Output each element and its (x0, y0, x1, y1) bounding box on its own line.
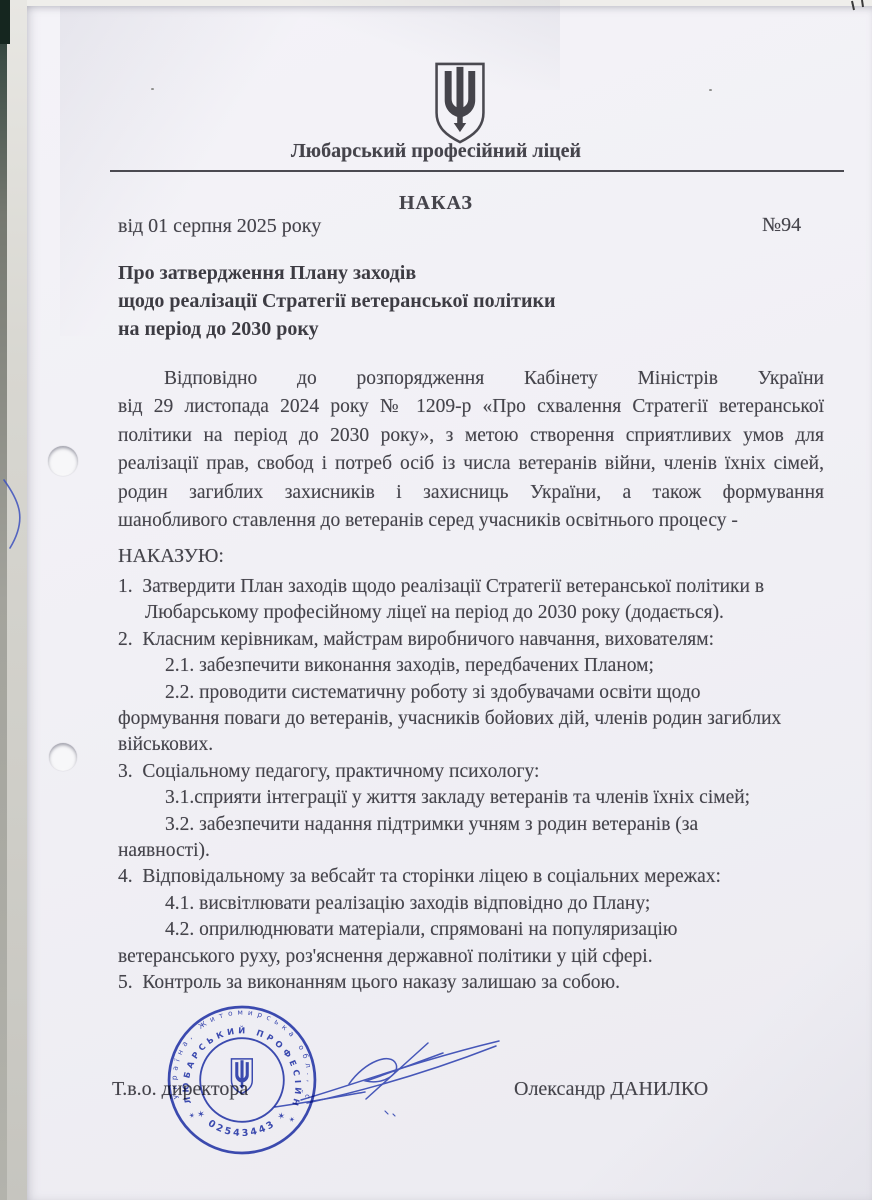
pre-line: родин загиблих захисників і захисниць Ук… (118, 479, 824, 507)
ol-line: 4. Відповідальному за вебсайт та сторінк… (118, 864, 824, 890)
scan-dark-top-left-corner (0, 0, 10, 44)
ol-line: 2.2. проводити систематичну роботу зі зд… (118, 680, 824, 706)
ol-line: 3.1.сприяти інтеграції у життя закладу в… (118, 785, 824, 811)
subject-block: Про затвердження Плану заходівщодо реалі… (118, 259, 824, 343)
document-number: №94 (762, 214, 801, 237)
hole-punch-top (48, 446, 78, 476)
ukraine-trident-emblem (433, 62, 487, 146)
school-name: Любарський професійний ліцей (0, 140, 872, 163)
hole-punch-bottom (49, 743, 77, 771)
scan-dark-left-edge (0, 0, 7, 1200)
scan-speck (151, 88, 154, 90)
pre-line: політики на період до 2030 року», з мето… (118, 422, 824, 450)
ol-line: формування поваги до ветеранів, учасникі… (118, 706, 824, 732)
ol-line: 3.2. забезпечити надання підтримки учням… (118, 812, 824, 838)
ol-line: 5. Контроль за виконанням цього наказу з… (118, 970, 824, 996)
pre-line: Відповідно до розпорядження Кабінету Мін… (118, 365, 824, 393)
ol-line: 2.1. забезпечити виконання заходів, пере… (118, 653, 824, 679)
subject-line: щодо реалізації Стратегії ветеранської п… (118, 287, 824, 315)
signer-name: Олександр ДАНИЛКО (514, 1078, 708, 1101)
subject-line: на період до 2030 року (118, 315, 824, 343)
subject-line: Про затвердження Плану заходів (118, 259, 824, 287)
pen-mark (0, 470, 42, 562)
ol-line: наявності). (118, 838, 824, 864)
ol-line: Любарському професійному ліцеї на період… (118, 600, 824, 626)
ol-line: 1. Затвердити План заходів щодо реалізац… (118, 574, 824, 600)
scan-speck (709, 89, 712, 91)
order-heading: НАКАЗУЮ: (118, 545, 224, 568)
pre-line: шанобливого ставлення до ветеранів серед… (118, 507, 824, 535)
ol-line: військових. (118, 732, 824, 758)
scan-corner-marks (848, 0, 872, 18)
stamp-star-left: ✶ (187, 1110, 198, 1121)
document-date: від 01 серпня 2025 року (118, 215, 321, 238)
pre-line: від 29 листопада 2024 року № 1209-р «Про… (118, 393, 824, 421)
ol-line: 3. Соціальному педагогу, практичному пси… (118, 759, 824, 785)
pre-line: реалізації прав, свобод і потреб осіб із… (118, 450, 824, 478)
scanned-document: Любарський професійний ліцей НАКАЗ від 0… (0, 0, 872, 1200)
document-type-title: НАКАЗ (0, 192, 872, 215)
header-divider (110, 170, 844, 172)
ol-line: 4.2. оприлюднювати матеріали, спрямовані… (118, 917, 824, 943)
ol-line: 2. Класним керівникам, майстрам виробнич… (118, 627, 824, 653)
handwritten-signature (215, 1012, 515, 1127)
ol-line: ветеранського руху, роз'яснення державно… (118, 944, 824, 970)
order-list: 1. Затвердити План заходів щодо реалізац… (118, 574, 824, 997)
preamble-paragraph: Відповідно до розпорядження Кабінету Мін… (118, 365, 824, 535)
ol-line: 4.1. висвітлювати реалізацію заходів від… (118, 891, 824, 917)
